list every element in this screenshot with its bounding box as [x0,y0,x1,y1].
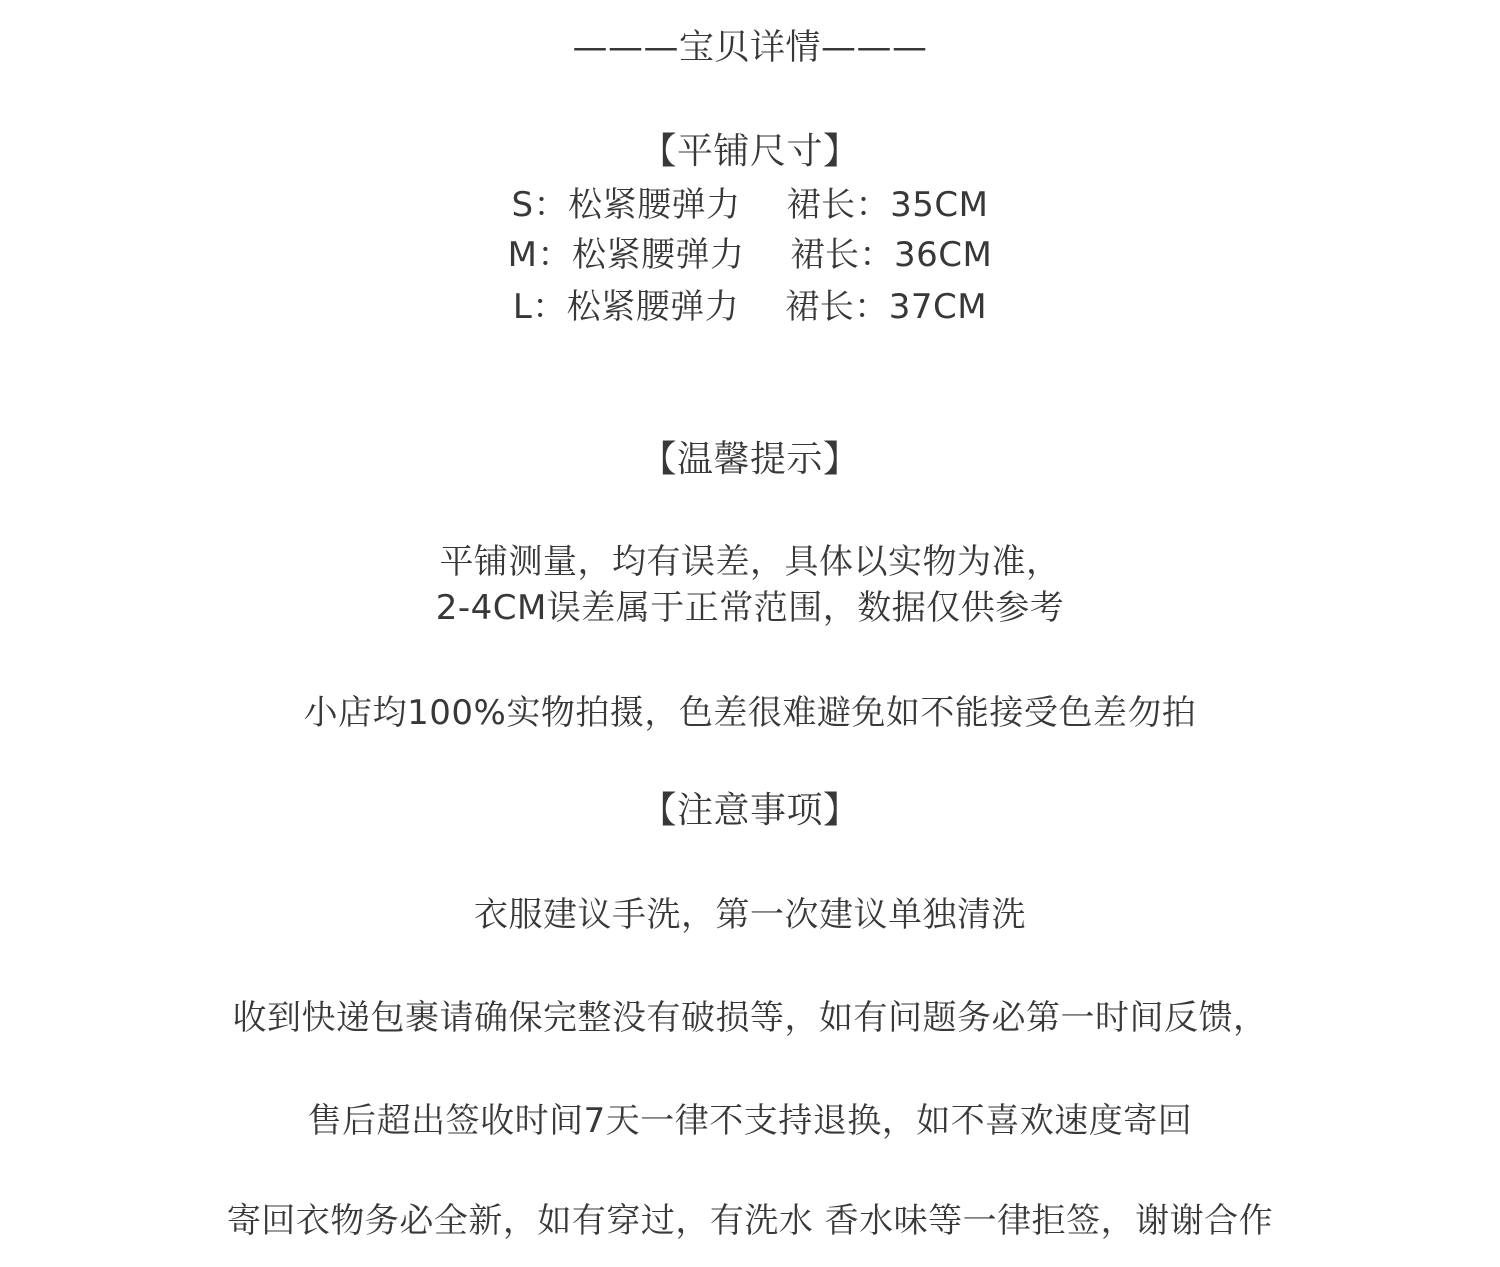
notes-line-return-condition: 寄回衣物务必全新，如有穿过，有洗水 香水味等一律拒签，谢谢合作 [0,1199,1500,1243]
notes-line-return-policy: 售后超出签收时间7天一律不支持退换，如不喜欢速度寄回 [0,1099,1500,1143]
size-row-m: M：松紧腰弹力 裙长：36CM [0,233,1500,277]
size-row-s-label: S：松紧腰弹力 [512,183,741,227]
size-row-s-length: 裙长：35CM [787,183,989,227]
size-row-m-label: M：松紧腰弹力 [508,233,745,277]
size-section-heading: 【平铺尺寸】 [0,130,1500,174]
size-row-s: S：松紧腰弹力 裙长：35CM [0,183,1500,227]
size-row-l: L：松紧腰弹力 裙长：37CM [0,285,1500,329]
size-row-l-length: 裙长：37CM [785,285,987,329]
tips-line-measurement: 平铺测量，均有误差，具体以实物为准， [0,540,1500,584]
notes-section-heading: 【注意事项】 [0,789,1500,833]
product-detail-page: ———宝贝详情——— 【平铺尺寸】 S：松紧腰弹力 裙长：35CM M：松紧腰弹… [0,0,1500,1267]
size-row-l-label: L：松紧腰弹力 [513,285,739,329]
tips-section-heading: 【温馨提示】 [0,438,1500,482]
tips-line-color-difference: 小店均100%实物拍摄，色差很难避免如不能接受色差勿拍 [0,691,1500,735]
page-title: ———宝贝详情——— [0,26,1500,70]
tips-line-tolerance: 2-4CM误差属于正常范围，数据仅供参考 [0,586,1500,630]
notes-line-washing: 衣服建议手洗，第一次建议单独清洗 [0,893,1500,937]
notes-line-package-check: 收到快递包裹请确保完整没有破损等，如有问题务必第一时间反馈， [0,996,1500,1040]
size-row-m-length: 裙长：36CM [791,233,993,277]
